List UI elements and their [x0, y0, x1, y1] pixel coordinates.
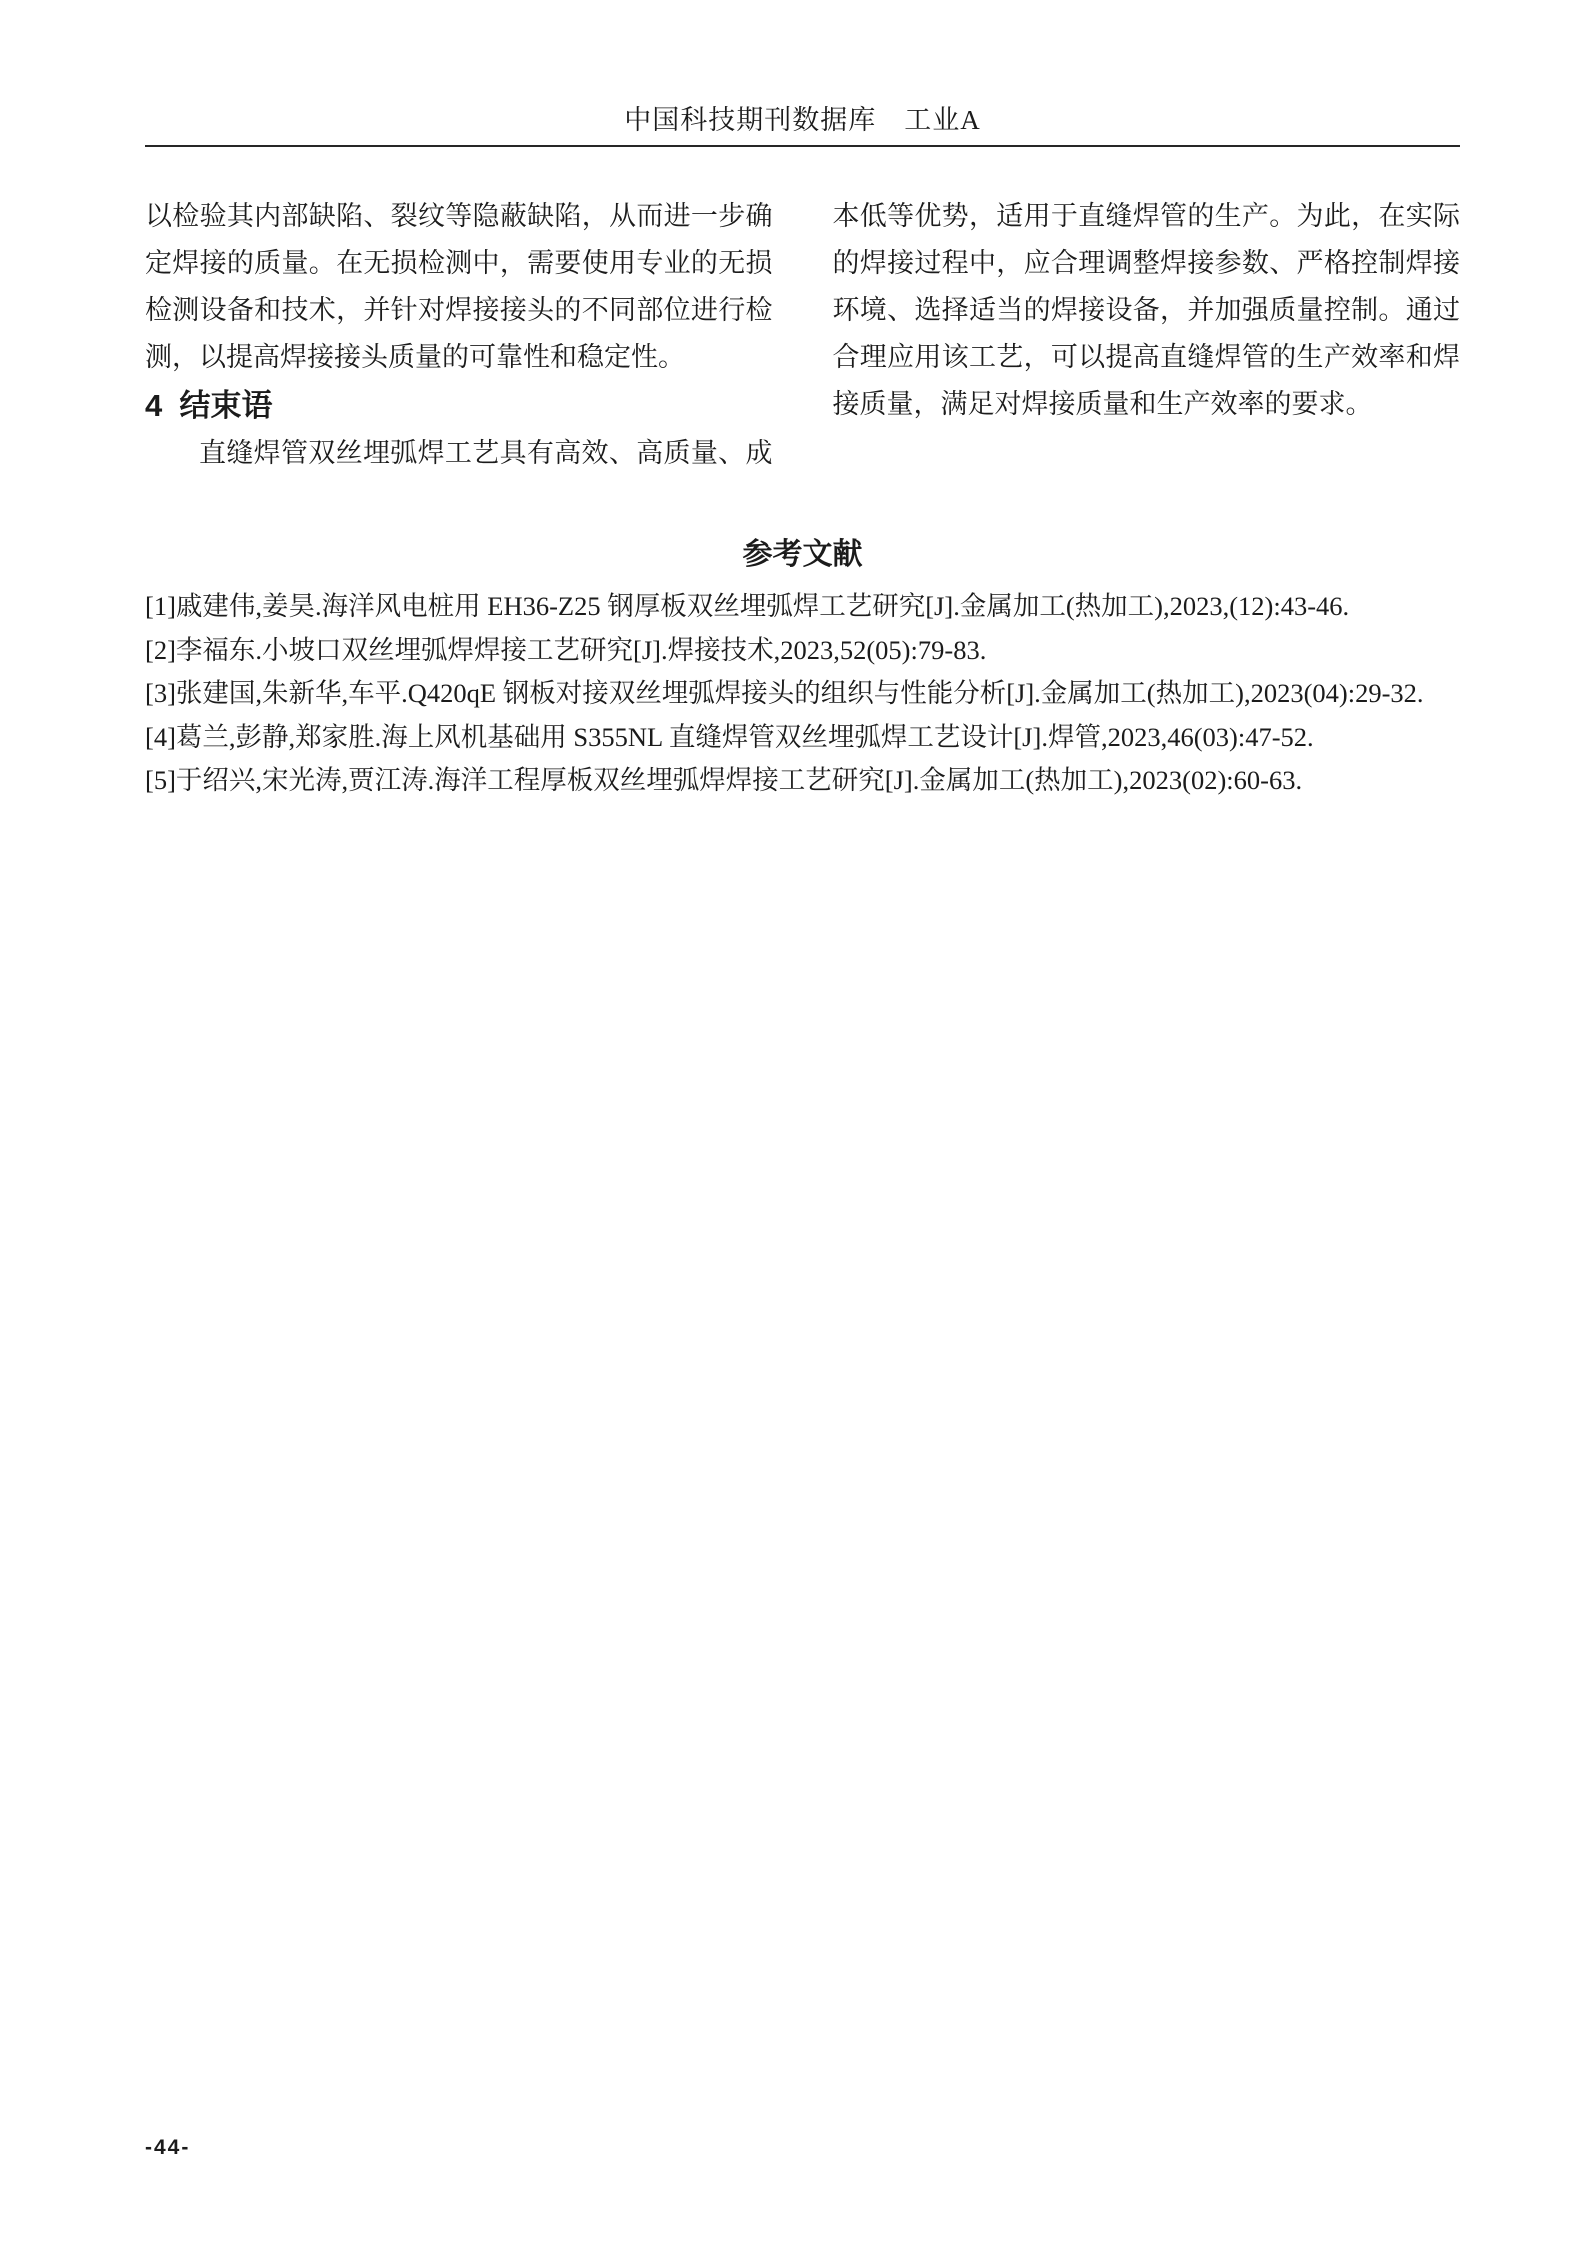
right-column: 本低等优势，适用于直缝焊管的生产。为此，在实际的焊接过程中，应合理调整焊接参数、… [833, 193, 1461, 477]
document-page: 中国科技期刊数据库 工业A 以检验其内部缺陷、裂纹等隐蔽缺陷，从而进一步确定焊接… [0, 0, 1588, 2245]
conclusion-paragraph-start: 直缝焊管双丝埋弧焊工艺具有高效、高质量、成 [145, 430, 773, 477]
conclusion-paragraph-end: 本低等优势，适用于直缝焊管的生产。为此，在实际的焊接过程中，应合理调整焊接参数、… [833, 193, 1461, 428]
reference-item: [3]张建国,朱新华,车平.Q420qE 钢板对接双丝埋弧焊接头的组织与性能分析… [145, 672, 1460, 716]
header-rule [145, 145, 1460, 147]
references-title: 参考文献 [145, 535, 1460, 575]
reference-item: [1]戚建伟,姜昊.海洋风电桩用 EH36-Z25 钢厚板双丝埋弧焊工艺研究[J… [145, 585, 1460, 629]
section-heading-conclusion: 4 结束语 [145, 381, 773, 430]
page-number: -44- [145, 2136, 190, 2160]
left-column: 以检验其内部缺陷、裂纹等隐蔽缺陷，从而进一步确定焊接的质量。在无损检测中，需要使… [145, 193, 773, 477]
reference-item: [2]李福东.小坡口双丝埋弧焊焊接工艺研究[J].焊接技术,2023,52(05… [145, 629, 1460, 673]
references-list: [1]戚建伟,姜昊.海洋风电桩用 EH36-Z25 钢厚板双丝埋弧焊工艺研究[J… [145, 585, 1460, 803]
two-column-body: 以检验其内部缺陷、裂纹等隐蔽缺陷，从而进一步确定焊接的质量。在无损检测中，需要使… [145, 193, 1460, 477]
reference-item: [5]于绍兴,宋光涛,贾江涛.海洋工程厚板双丝埋弧焊焊接工艺研究[J].金属加工… [145, 759, 1460, 803]
body-paragraph-continuation: 以检验其内部缺陷、裂纹等隐蔽缺陷，从而进一步确定焊接的质量。在无损检测中，需要使… [145, 193, 773, 381]
reference-item: [4]葛兰,彭静,郑家胜.海上风机基础用 S355NL 直缝焊管双丝埋弧焊工艺设… [145, 716, 1460, 760]
content-area: 中国科技期刊数据库 工业A 以检验其内部缺陷、裂纹等隐蔽缺陷，从而进一步确定焊接… [145, 0, 1460, 803]
journal-header-title: 中国科技期刊数据库 工业A [145, 0, 1460, 138]
